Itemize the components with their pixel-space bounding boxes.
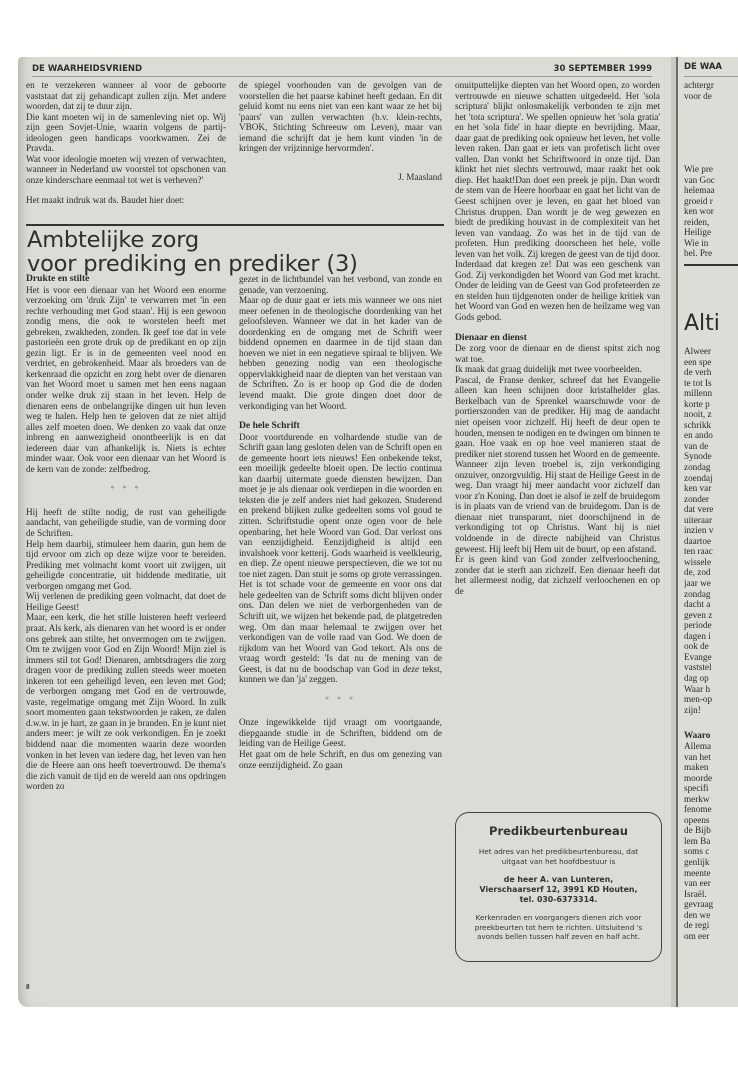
section-separator: * * *	[239, 695, 442, 706]
paragraph: gezet in de lichtbundel van het verbond,…	[239, 274, 442, 295]
box-title: Predikbeurtenbureau	[456, 824, 661, 838]
next-page-text-2: Wie prevan Gochelemaagroeid rken worreid…	[684, 164, 738, 259]
paragraph: de spiegel voorhouden van de gevolgen va…	[239, 80, 442, 154]
page-number: 8	[26, 983, 30, 991]
text-line: Heilige	[684, 227, 738, 238]
text-line: ook de	[684, 641, 738, 652]
next-page-header: DE WAA	[684, 62, 738, 77]
paragraph: Het is voor een dienaar van het Woord ee…	[26, 285, 226, 475]
paragraph: Die kant moeten wij in de samenleving ni…	[26, 112, 226, 154]
next-page-heading: Waaro	[684, 730, 738, 741]
text-line: opeens	[684, 815, 738, 826]
text-line: nooit, z	[684, 409, 738, 420]
text-line: moorde	[684, 773, 738, 784]
paragraph: en te verzekeren wanneer al voor de gebo…	[26, 80, 226, 112]
paragraph: Hij heeft de stilte nodig, de rust van g…	[26, 507, 226, 539]
text-line: zoendaj	[684, 473, 738, 484]
text-line: schrikk	[684, 420, 738, 431]
text-line: bel. Pre	[684, 248, 738, 259]
prev-article-col1: en te verzekeren wanneer al voor de gebo…	[26, 80, 226, 206]
text-line: een spe	[684, 357, 738, 368]
next-page-title: Alti	[684, 312, 738, 336]
text-line: ten raac	[684, 546, 738, 557]
text-line: dat vere	[684, 504, 738, 515]
text-line: geven z	[684, 610, 738, 621]
paragraph: Help hem daarbij, stimuleer hem daarin, …	[26, 539, 226, 592]
article-title: Ambtelijke zorg voor prediking en predik…	[27, 228, 358, 276]
section-heading: Dienaar en dienst	[455, 333, 660, 344]
paragraph: Wat voor ideologie moeten wij vrezen of …	[26, 154, 226, 186]
text-line: men-op	[684, 694, 738, 705]
paragraph: Maar op de duur gaat er iets mis wanneer…	[239, 295, 442, 411]
text-line: daartoe	[684, 536, 738, 547]
next-page-top: achtergrvoor de	[684, 80, 738, 101]
text-line: van het	[684, 752, 738, 763]
text-line: van de	[684, 441, 738, 452]
paragraph: Wij verlenen de prediking geen volmacht,…	[26, 591, 226, 612]
paragraph: Het gaat om de hele Schrift, en dus om g…	[239, 749, 442, 770]
predikbeurtenbureau-box: Predikbeurtenbureau Het adres van het pr…	[455, 812, 662, 962]
text-line: gevraag	[684, 899, 738, 910]
paragraph: Door voortdurende en volhardende studie …	[239, 432, 442, 685]
text-line: periode	[684, 620, 738, 631]
text-line: helemaa	[684, 185, 738, 196]
text-line: de Bijb	[684, 825, 738, 836]
paragraph: Ik maak dat graag duidelijk met twee voo…	[455, 364, 660, 375]
paragraph: Onze ingewikkelde tijd vraagt om voortga…	[239, 717, 442, 749]
text-line: de verh	[684, 367, 738, 378]
text-line: vaststel	[684, 662, 738, 673]
text-line: dacht a	[684, 599, 738, 610]
next-page-rule	[684, 264, 738, 266]
article-col3: onuitputtelijke diepten van het Woord op…	[455, 80, 660, 596]
text-line: meente	[684, 868, 738, 879]
text-line: soms c	[684, 846, 738, 857]
paragraph: Maar, een kerk, die het stille luisteren…	[26, 612, 226, 791]
text-line: inzien v	[684, 525, 738, 536]
text-line: de regi	[684, 920, 738, 931]
paragraph: De zorg voor de dienaar en de dienst spi…	[455, 343, 660, 364]
publication-name: DE WAARHEIDSVRIEND	[32, 64, 142, 74]
article-col1: Drukte en stilte Het is voor een dienaar…	[26, 274, 226, 792]
box-intro: Het adres van het predikbeurtenbureau, d…	[468, 847, 649, 866]
text-line: merkw	[684, 794, 738, 805]
text-line: dag op	[684, 673, 738, 684]
section-heading: Drukte en stilte	[26, 274, 226, 285]
text-line: Wie pre	[684, 164, 738, 175]
text-line: Waar h	[684, 684, 738, 695]
section-heading: De hele Schrift	[239, 421, 442, 432]
issue-date: 30 SEPTEMBER 1999	[554, 64, 652, 74]
text-line: jaar we	[684, 578, 738, 589]
text-line: zondag	[684, 462, 738, 473]
paragraph: Er is geen kind van God zonder zelfverlo…	[455, 554, 660, 596]
text-line: specifi	[684, 783, 738, 794]
text-line: Israël.	[684, 889, 738, 900]
next-page-text-3: Alweereen spede verhte tot Ismillennkort…	[684, 346, 738, 715]
text-line: zijn!	[684, 705, 738, 716]
text-line: genlijk	[684, 857, 738, 868]
box-address: de heer A. van Lunteren, Vierschaarserf …	[456, 875, 661, 904]
text-line: maken	[684, 762, 738, 773]
text-line: en ando	[684, 430, 738, 441]
text-line: fenome	[684, 804, 738, 815]
text-line: uiteraar	[684, 515, 738, 526]
text-line: Synode	[684, 451, 738, 462]
text-line: dagen i	[684, 631, 738, 642]
section-separator: * * *	[26, 484, 226, 495]
article-divider	[26, 224, 444, 226]
paragraph: Pascal, de Franse denker, schreef dat he…	[455, 375, 660, 554]
text-line: den we	[684, 910, 738, 921]
text-line: Wie in	[684, 238, 738, 249]
page-header: DE WAARHEIDSVRIEND 30 SEPTEMBER 1999	[32, 62, 652, 77]
text-line: van eer	[684, 878, 738, 889]
text-line: reiden,	[684, 217, 738, 228]
text-line: groeid r	[684, 196, 738, 207]
next-page-text-4: Allemavan hetmakenmoordespecifimerkwfeno…	[684, 741, 738, 941]
text-line: Evange	[684, 652, 738, 663]
text-line: korte p	[684, 399, 738, 410]
title-line-1: Ambtelijke zorg	[27, 228, 358, 252]
text-line: ken var	[684, 483, 738, 494]
text-line: van Goc	[684, 175, 738, 186]
signature: J. Maasland	[239, 172, 442, 183]
text-line: wissele	[684, 557, 738, 568]
text-line: zondag	[684, 589, 738, 600]
text-line: lem Ba	[684, 836, 738, 847]
paragraph: onuitputtelijke diepten van het Woord op…	[455, 80, 660, 323]
box-note: Kerkenraden en voorgangers dienen zich v…	[470, 913, 647, 942]
text-line: te tot Is	[684, 378, 738, 389]
text-line: ken wor	[684, 206, 738, 217]
prev-article-col2: de spiegel voorhouden van de gevolgen va…	[239, 80, 442, 182]
text-line: zonder	[684, 494, 738, 505]
text-line: om eer	[684, 931, 738, 942]
text-line: millenn	[684, 388, 738, 399]
text-line: Allema	[684, 741, 738, 752]
text-line: de, zod	[684, 567, 738, 578]
text-line: Alweer	[684, 346, 738, 357]
paragraph: Het maakt indruk wat ds. Baudet hier doe…	[26, 195, 226, 206]
article-col2: gezet in de lichtbundel van het verbond,…	[239, 274, 442, 770]
